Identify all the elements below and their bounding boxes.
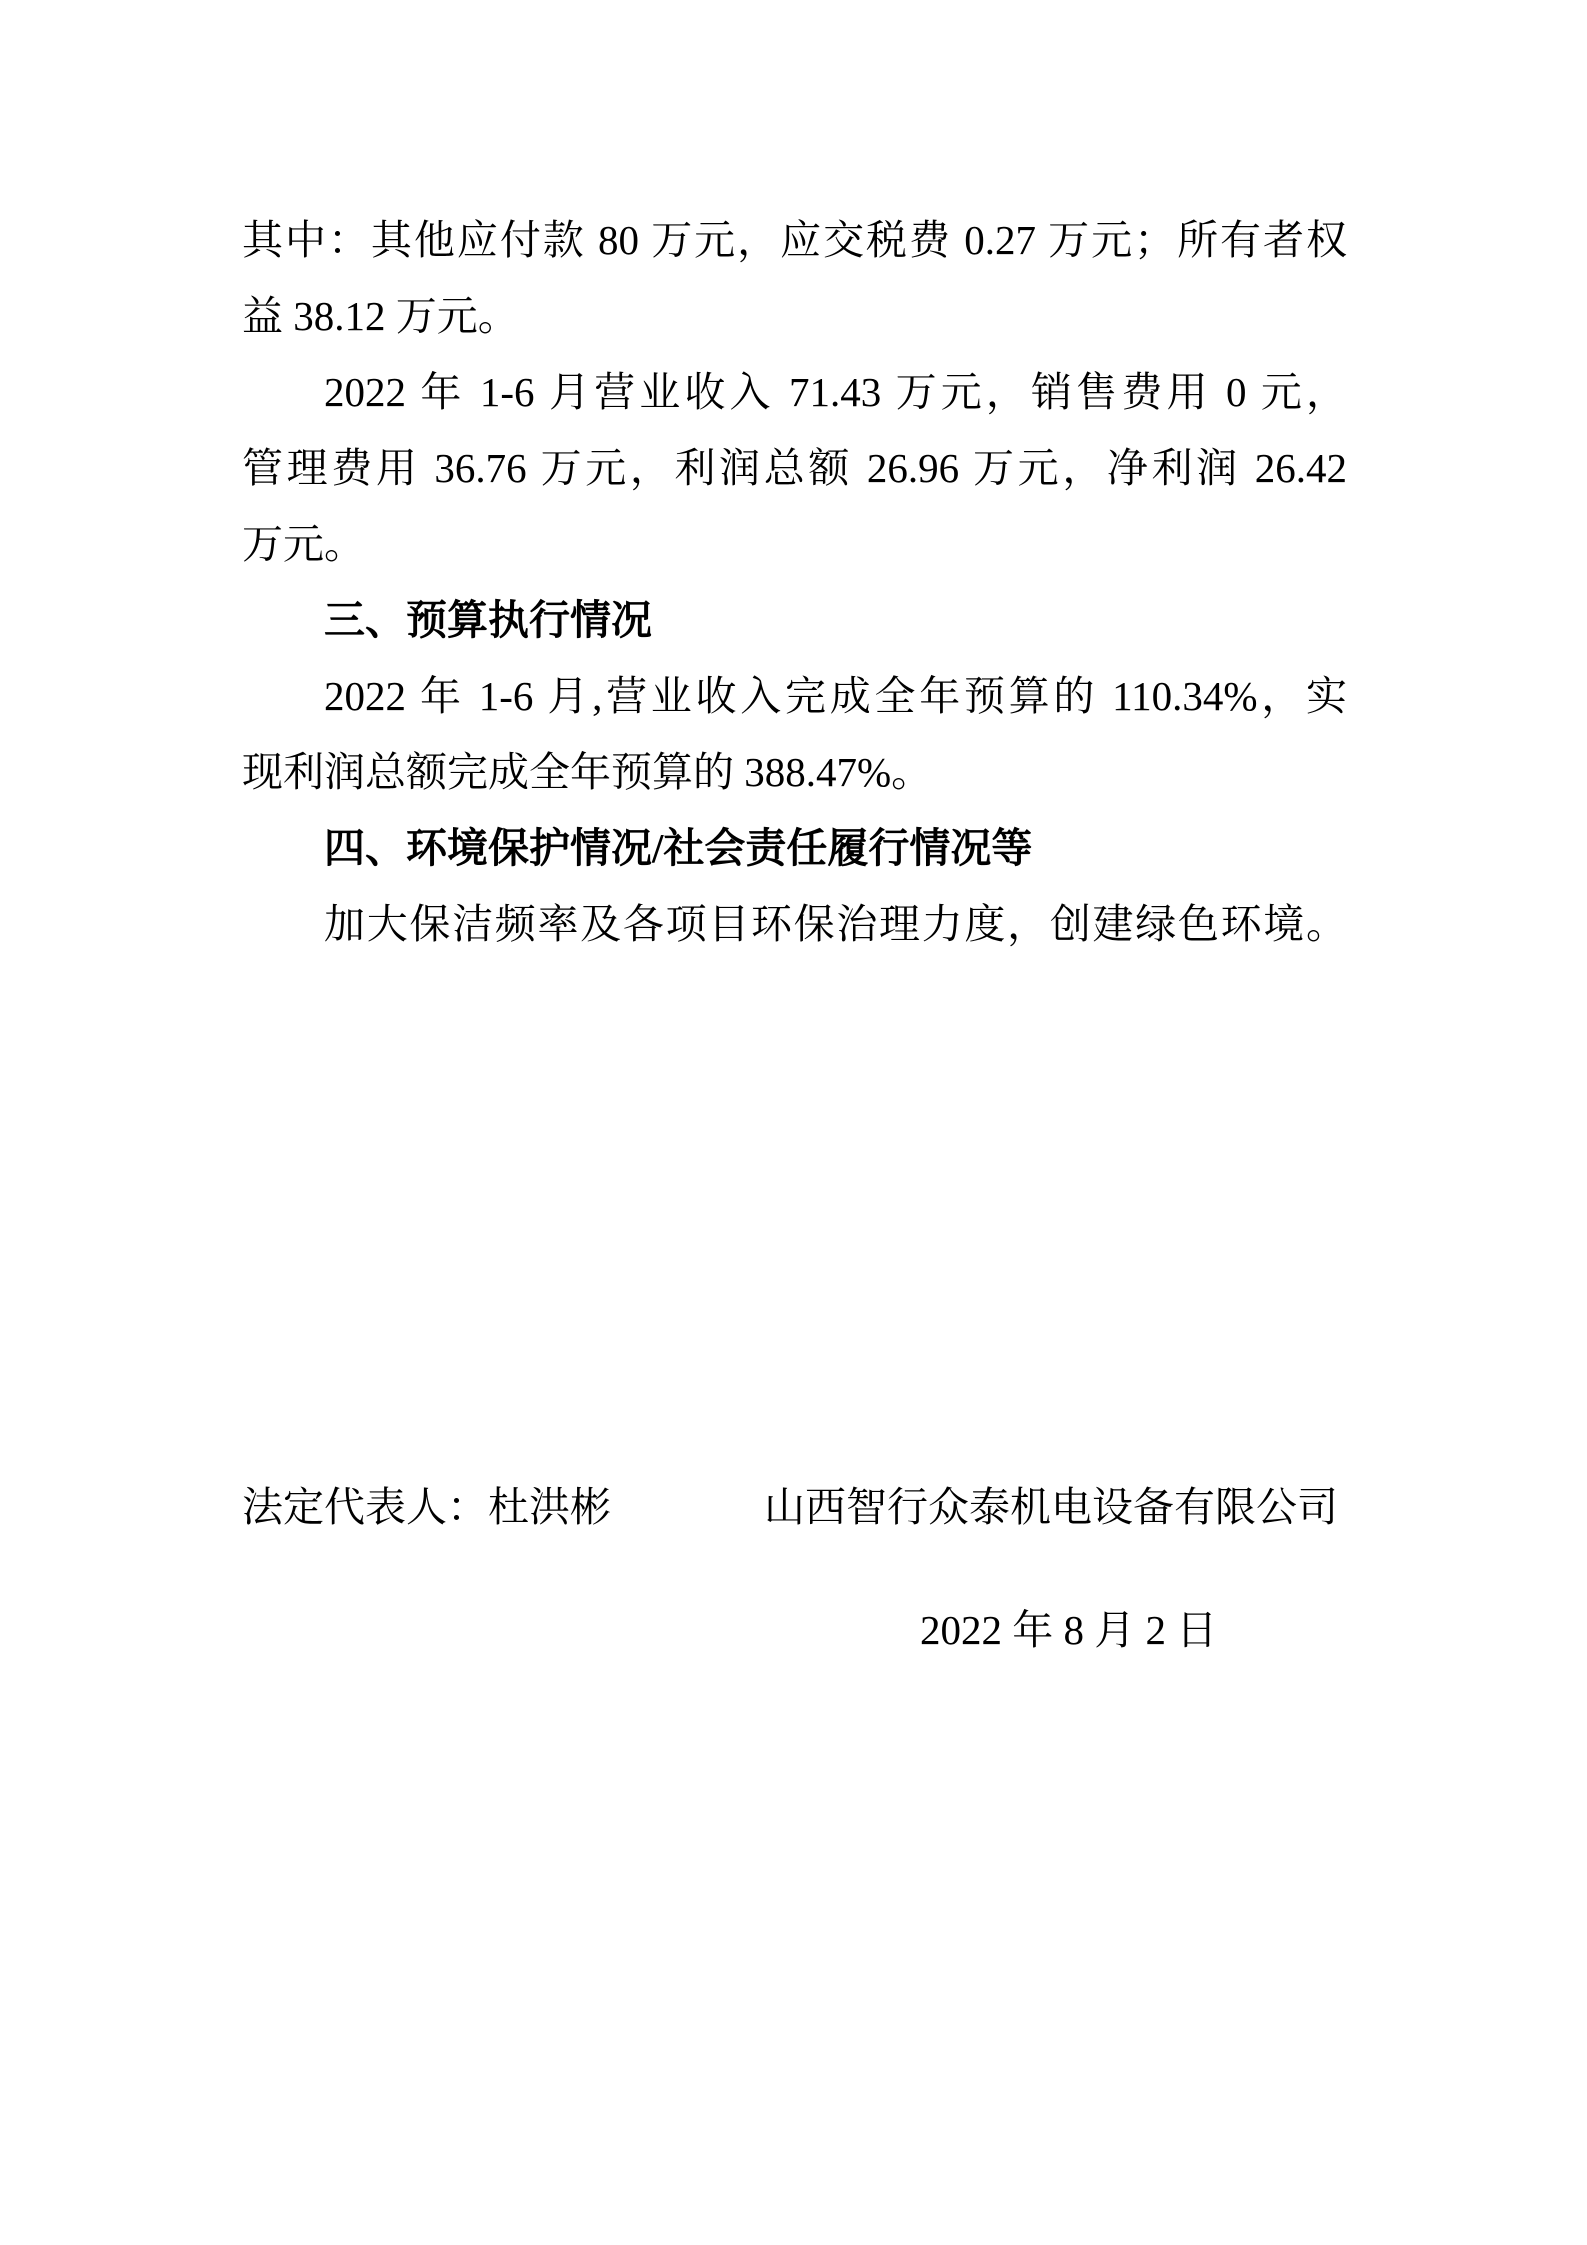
body-line: 加大保洁频率及各项目环保治理力度，创建绿色环境。 [242,886,1347,962]
body-line: 万元。 [242,506,1347,582]
section-heading-3: 三、预算执行情况 [242,582,1347,658]
body-line: 益 38.12 万元。 [242,278,1347,354]
signature-row: 法定代表人：杜洪彬 山西智行众泰机电设备有限公司 [242,1469,1442,1545]
body-line: 管理费用 36.76 万元，利润总额 26.96 万元，净利润 26.42 [242,430,1347,506]
date-line: 2022 年 8 月 2 日 [920,1592,1217,1668]
company-name: 山西智行众泰机电设备有限公司 [764,1469,1338,1545]
body-line: 2022 年 1-6 月营业收入 71.43 万元，销售费用 0 元， [242,354,1347,430]
section-heading-4: 四、环境保护情况/社会责任履行情况等 [242,810,1347,886]
body-line: 2022 年 1-6 月,营业收入完成全年预算的 110.34%，实 [242,658,1347,734]
body-line: 现利润总额完成全年预算的 388.47%。 [242,734,1347,810]
legal-representative-label: 法定代表人：杜洪彬 [242,1469,611,1545]
document-page: 其中：其他应付款 80 万元，应交税费 0.27 万元；所有者权 益 38.12… [0,0,1587,2245]
body-line: 其中：其他应付款 80 万元，应交税费 0.27 万元；所有者权 [242,202,1347,278]
